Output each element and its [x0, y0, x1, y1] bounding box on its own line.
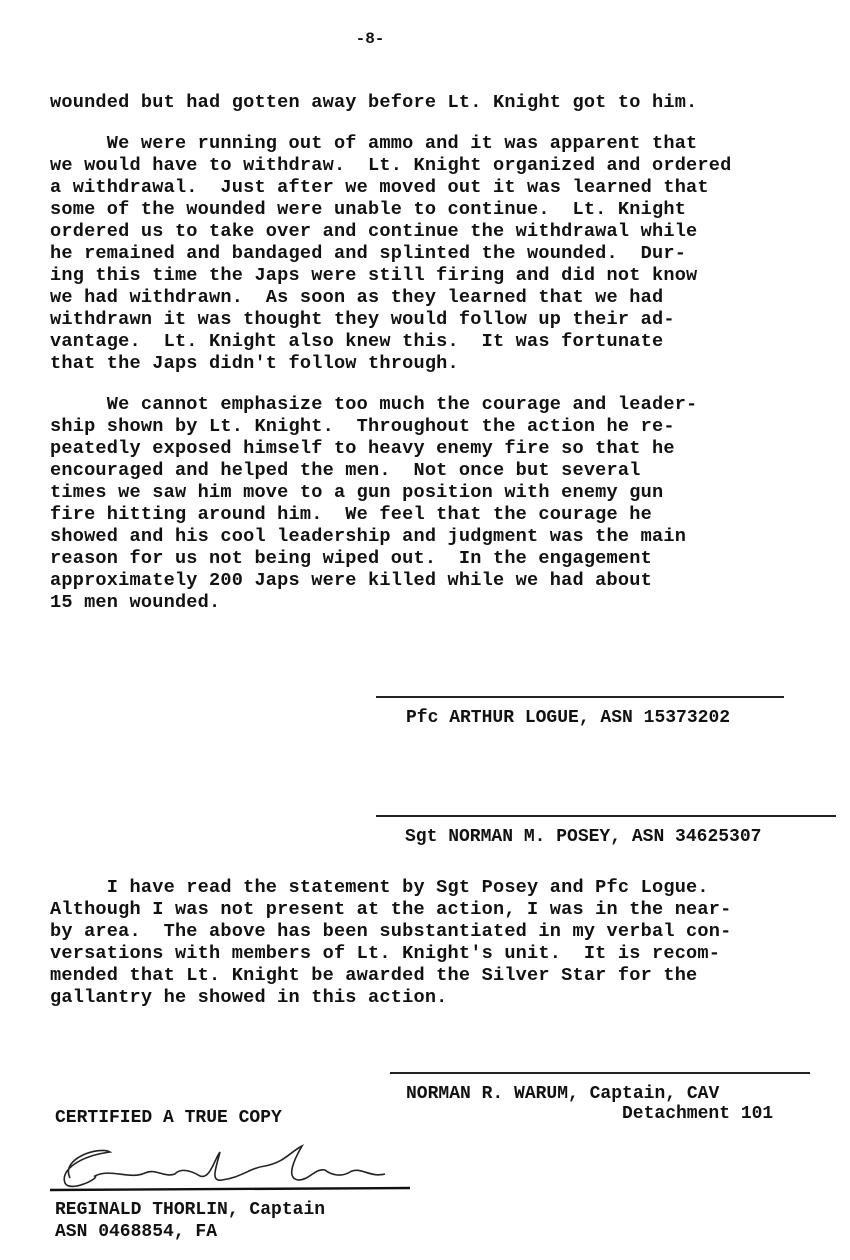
- text-line: gallantry he showed in this action.: [50, 987, 840, 1009]
- text-line: some of the wounded were unable to conti…: [50, 199, 840, 221]
- certifier-name: REGINALD THORLIN, Captain: [55, 1200, 325, 1220]
- signature-line-logue: [376, 696, 784, 698]
- signature-line-posey: [376, 815, 836, 817]
- paragraph-courage: We cannot emphasize too much the courage…: [50, 394, 840, 614]
- page-number: -8-: [0, 30, 740, 48]
- signature-line-warum: [390, 1072, 810, 1074]
- text-line: by area. The above has been substantiate…: [50, 921, 840, 943]
- handwritten-signature: [40, 1138, 420, 1198]
- signature-warum-unit: Detachment 101: [622, 1104, 773, 1124]
- text-line: vantage. Lt. Knight also knew this. It w…: [50, 331, 840, 353]
- text-line: reason for us not being wiped out. In th…: [50, 548, 840, 570]
- text-line: encouraged and helped the men. Not once …: [50, 460, 840, 482]
- certifier-asn: ASN 0468854, FA: [55, 1222, 217, 1242]
- text-line: ing this time the Japs were still firing…: [50, 265, 840, 287]
- signature-warum-name: NORMAN R. WARUM, Captain, CAV: [406, 1084, 719, 1104]
- certified-true-copy-label: CERTIFIED A TRUE COPY: [55, 1108, 282, 1128]
- text-line: showed and his cool leadership and judgm…: [50, 526, 840, 548]
- text-line: Although I was not present at the action…: [50, 899, 840, 921]
- paragraph-endorsement: I have read the statement by Sgt Posey a…: [50, 877, 840, 1009]
- text-line: peatedly exposed himself to heavy enemy …: [50, 438, 840, 460]
- signature-posey: Sgt NORMAN M. POSEY, ASN 34625307: [405, 827, 761, 847]
- text-line: approximately 200 Japs were killed while…: [50, 570, 840, 592]
- paragraph-withdrawal: We were running out of ammo and it was a…: [50, 133, 840, 375]
- text-line: ship shown by Lt. Knight. Throughout the…: [50, 416, 840, 438]
- text-line: ordered us to take over and continue the…: [50, 221, 840, 243]
- text-line: a withdrawal. Just after we moved out it…: [50, 177, 840, 199]
- text-line: versations with members of Lt. Knight's …: [50, 943, 840, 965]
- text-line: that the Japs didn't follow through.: [50, 353, 840, 375]
- signature-logue: Pfc ARTHUR LOGUE, ASN 15373202: [406, 708, 730, 728]
- text-line: he remained and bandaged and splinted th…: [50, 243, 840, 265]
- text-line: times we saw him move to a gun position …: [50, 482, 840, 504]
- continuation-line: wounded but had gotten away before Lt. K…: [50, 92, 697, 114]
- text-line: I have read the statement by Sgt Posey a…: [50, 877, 840, 899]
- text-line: 15 men wounded.: [50, 592, 840, 614]
- text-line: We cannot emphasize too much the courage…: [50, 394, 840, 416]
- text-line: mended that Lt. Knight be awarded the Si…: [50, 965, 840, 987]
- text-line: we would have to withdraw. Lt. Knight or…: [50, 155, 840, 177]
- text-line: we had withdrawn. As soon as they learne…: [50, 287, 840, 309]
- text-line: fire hitting around him. We feel that th…: [50, 504, 840, 526]
- text-line: withdrawn it was thought they would foll…: [50, 309, 840, 331]
- text-line: We were running out of ammo and it was a…: [50, 133, 840, 155]
